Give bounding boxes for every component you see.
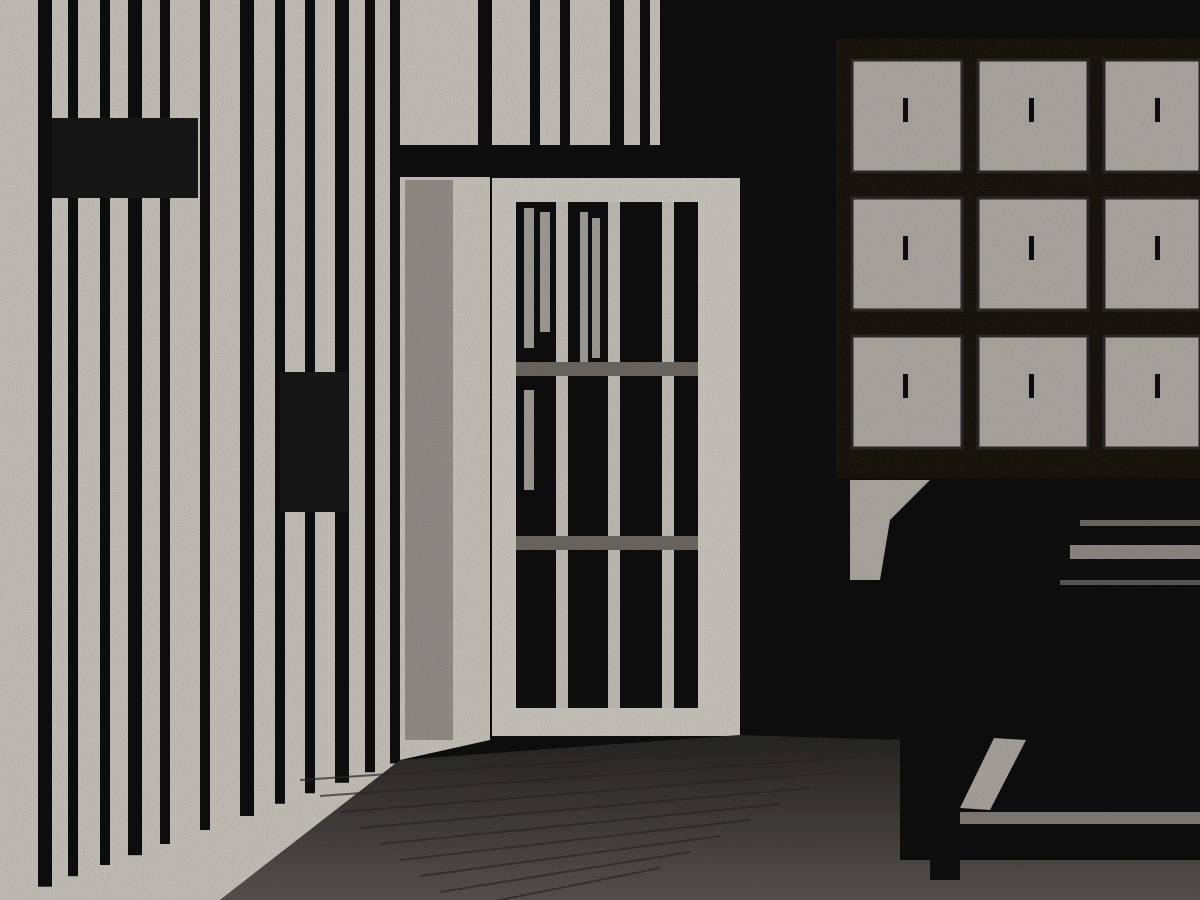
keyhole-icon <box>903 236 908 260</box>
bar <box>200 0 210 830</box>
bar <box>240 0 254 816</box>
keyhole-icon <box>1029 374 1034 398</box>
mottled-pillar <box>405 180 453 740</box>
photograph <box>0 0 1200 900</box>
door-bar <box>556 202 568 708</box>
door-bar <box>608 202 620 708</box>
keyhole-icon <box>1155 236 1160 260</box>
keyhole-icon <box>903 374 908 398</box>
bar <box>365 0 375 772</box>
open-cell-door <box>492 178 740 736</box>
door-crossbar <box>516 536 698 550</box>
locker-door <box>1104 60 1200 172</box>
door-bar <box>662 202 674 708</box>
keyhole-icon <box>903 98 908 122</box>
keyhole-icon <box>1029 236 1034 260</box>
door-crossbar <box>516 362 698 376</box>
jail-cell-photo <box>0 0 1200 900</box>
bench <box>850 480 1200 880</box>
locker-door <box>1104 198 1200 310</box>
bar <box>640 0 650 160</box>
top-lock-plate <box>52 118 198 198</box>
bar <box>560 0 570 160</box>
locker-wall <box>836 38 1200 478</box>
lock-box <box>280 372 348 512</box>
bar <box>530 0 540 160</box>
bar <box>38 0 52 887</box>
keyhole-icon <box>1029 98 1034 122</box>
keyhole-icon <box>1155 98 1160 122</box>
bar <box>390 0 400 764</box>
bar <box>610 0 624 160</box>
bar <box>478 0 492 160</box>
keyhole-icon <box>1155 374 1160 398</box>
locker-door <box>1104 336 1200 448</box>
